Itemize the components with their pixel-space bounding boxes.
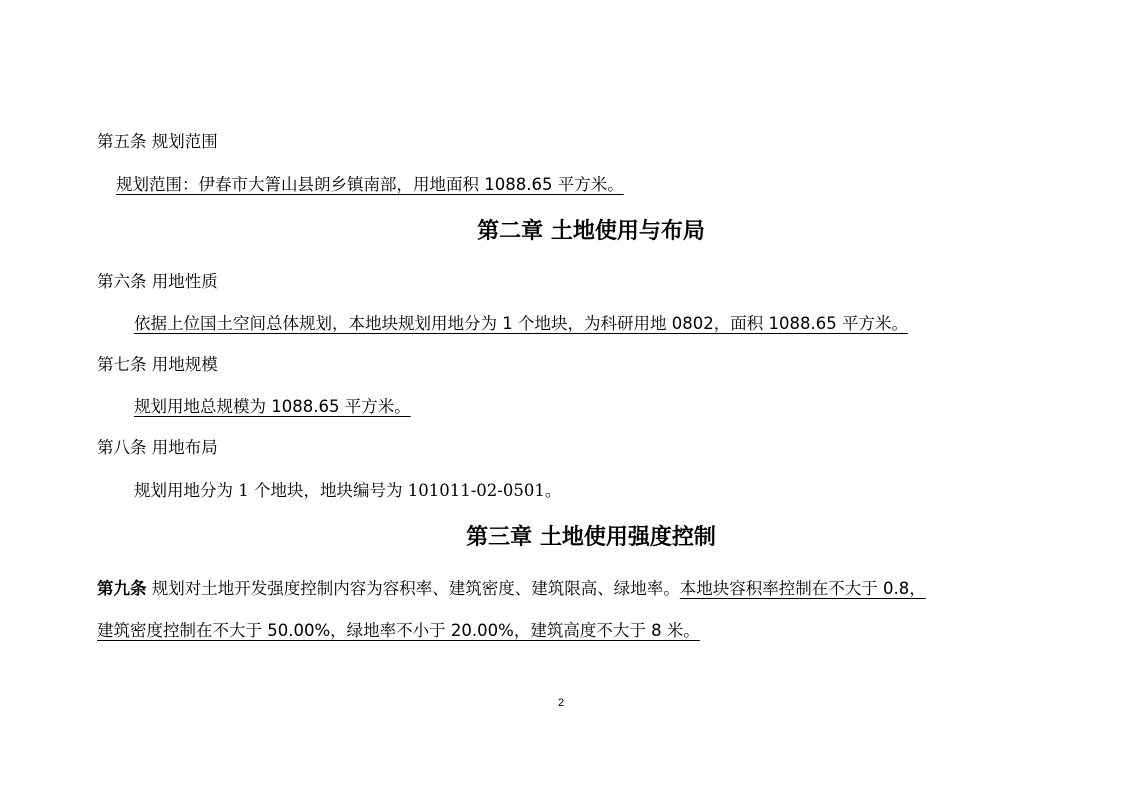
article-9-intro: 规划对土地开发强度控制内容为容积率、建筑密度、建筑限高、绿地率。 bbox=[147, 579, 680, 598]
article-6-heading: 第六条 用地性质 bbox=[97, 271, 218, 293]
article-9-controls-part-1: 本地块容积率控制在不大于 0.8， bbox=[680, 579, 926, 598]
article-9-controls-part-2: 建筑密度控制在不大于 50.00%，绿地率不小于 20.00%，建筑高度不大于 … bbox=[97, 620, 700, 642]
article-8-text: 规划用地分为 1 个地块，地块编号为 101011-02-0501。 bbox=[134, 480, 561, 502]
article-7-heading: 第七条 用地规模 bbox=[97, 354, 218, 376]
article-8-heading: 第八条 用地布局 bbox=[97, 437, 218, 459]
page-number: 2 bbox=[0, 697, 1122, 709]
article-6-text: 依据上位国土空间总体规划，本地块规划用地分为 1 个地块，为科研用地 0802，… bbox=[134, 313, 908, 335]
article-9-line-1: 第九条 规划对土地开发强度控制内容为容积率、建筑密度、建筑限高、绿地率。本地块容… bbox=[97, 578, 926, 600]
article-7-text: 规划用地总规模为 1088.65 平方米。 bbox=[134, 396, 411, 418]
article-5-heading: 第五条 规划范围 bbox=[97, 131, 218, 153]
chapter-3-title: 第三章 土地使用强度控制 bbox=[0, 524, 1122, 552]
article-5-text: 规划范围：伊春市大箐山县朗乡镇南部，用地面积 1088.65 平方米。 bbox=[116, 174, 624, 196]
article-9-label: 第九条 bbox=[97, 579, 147, 598]
document-page: 第五条 规划范围 规划范围：伊春市大箐山县朗乡镇南部，用地面积 1088.65 … bbox=[0, 0, 1122, 793]
chapter-2-title: 第二章 土地使用与布局 bbox=[0, 218, 1122, 246]
